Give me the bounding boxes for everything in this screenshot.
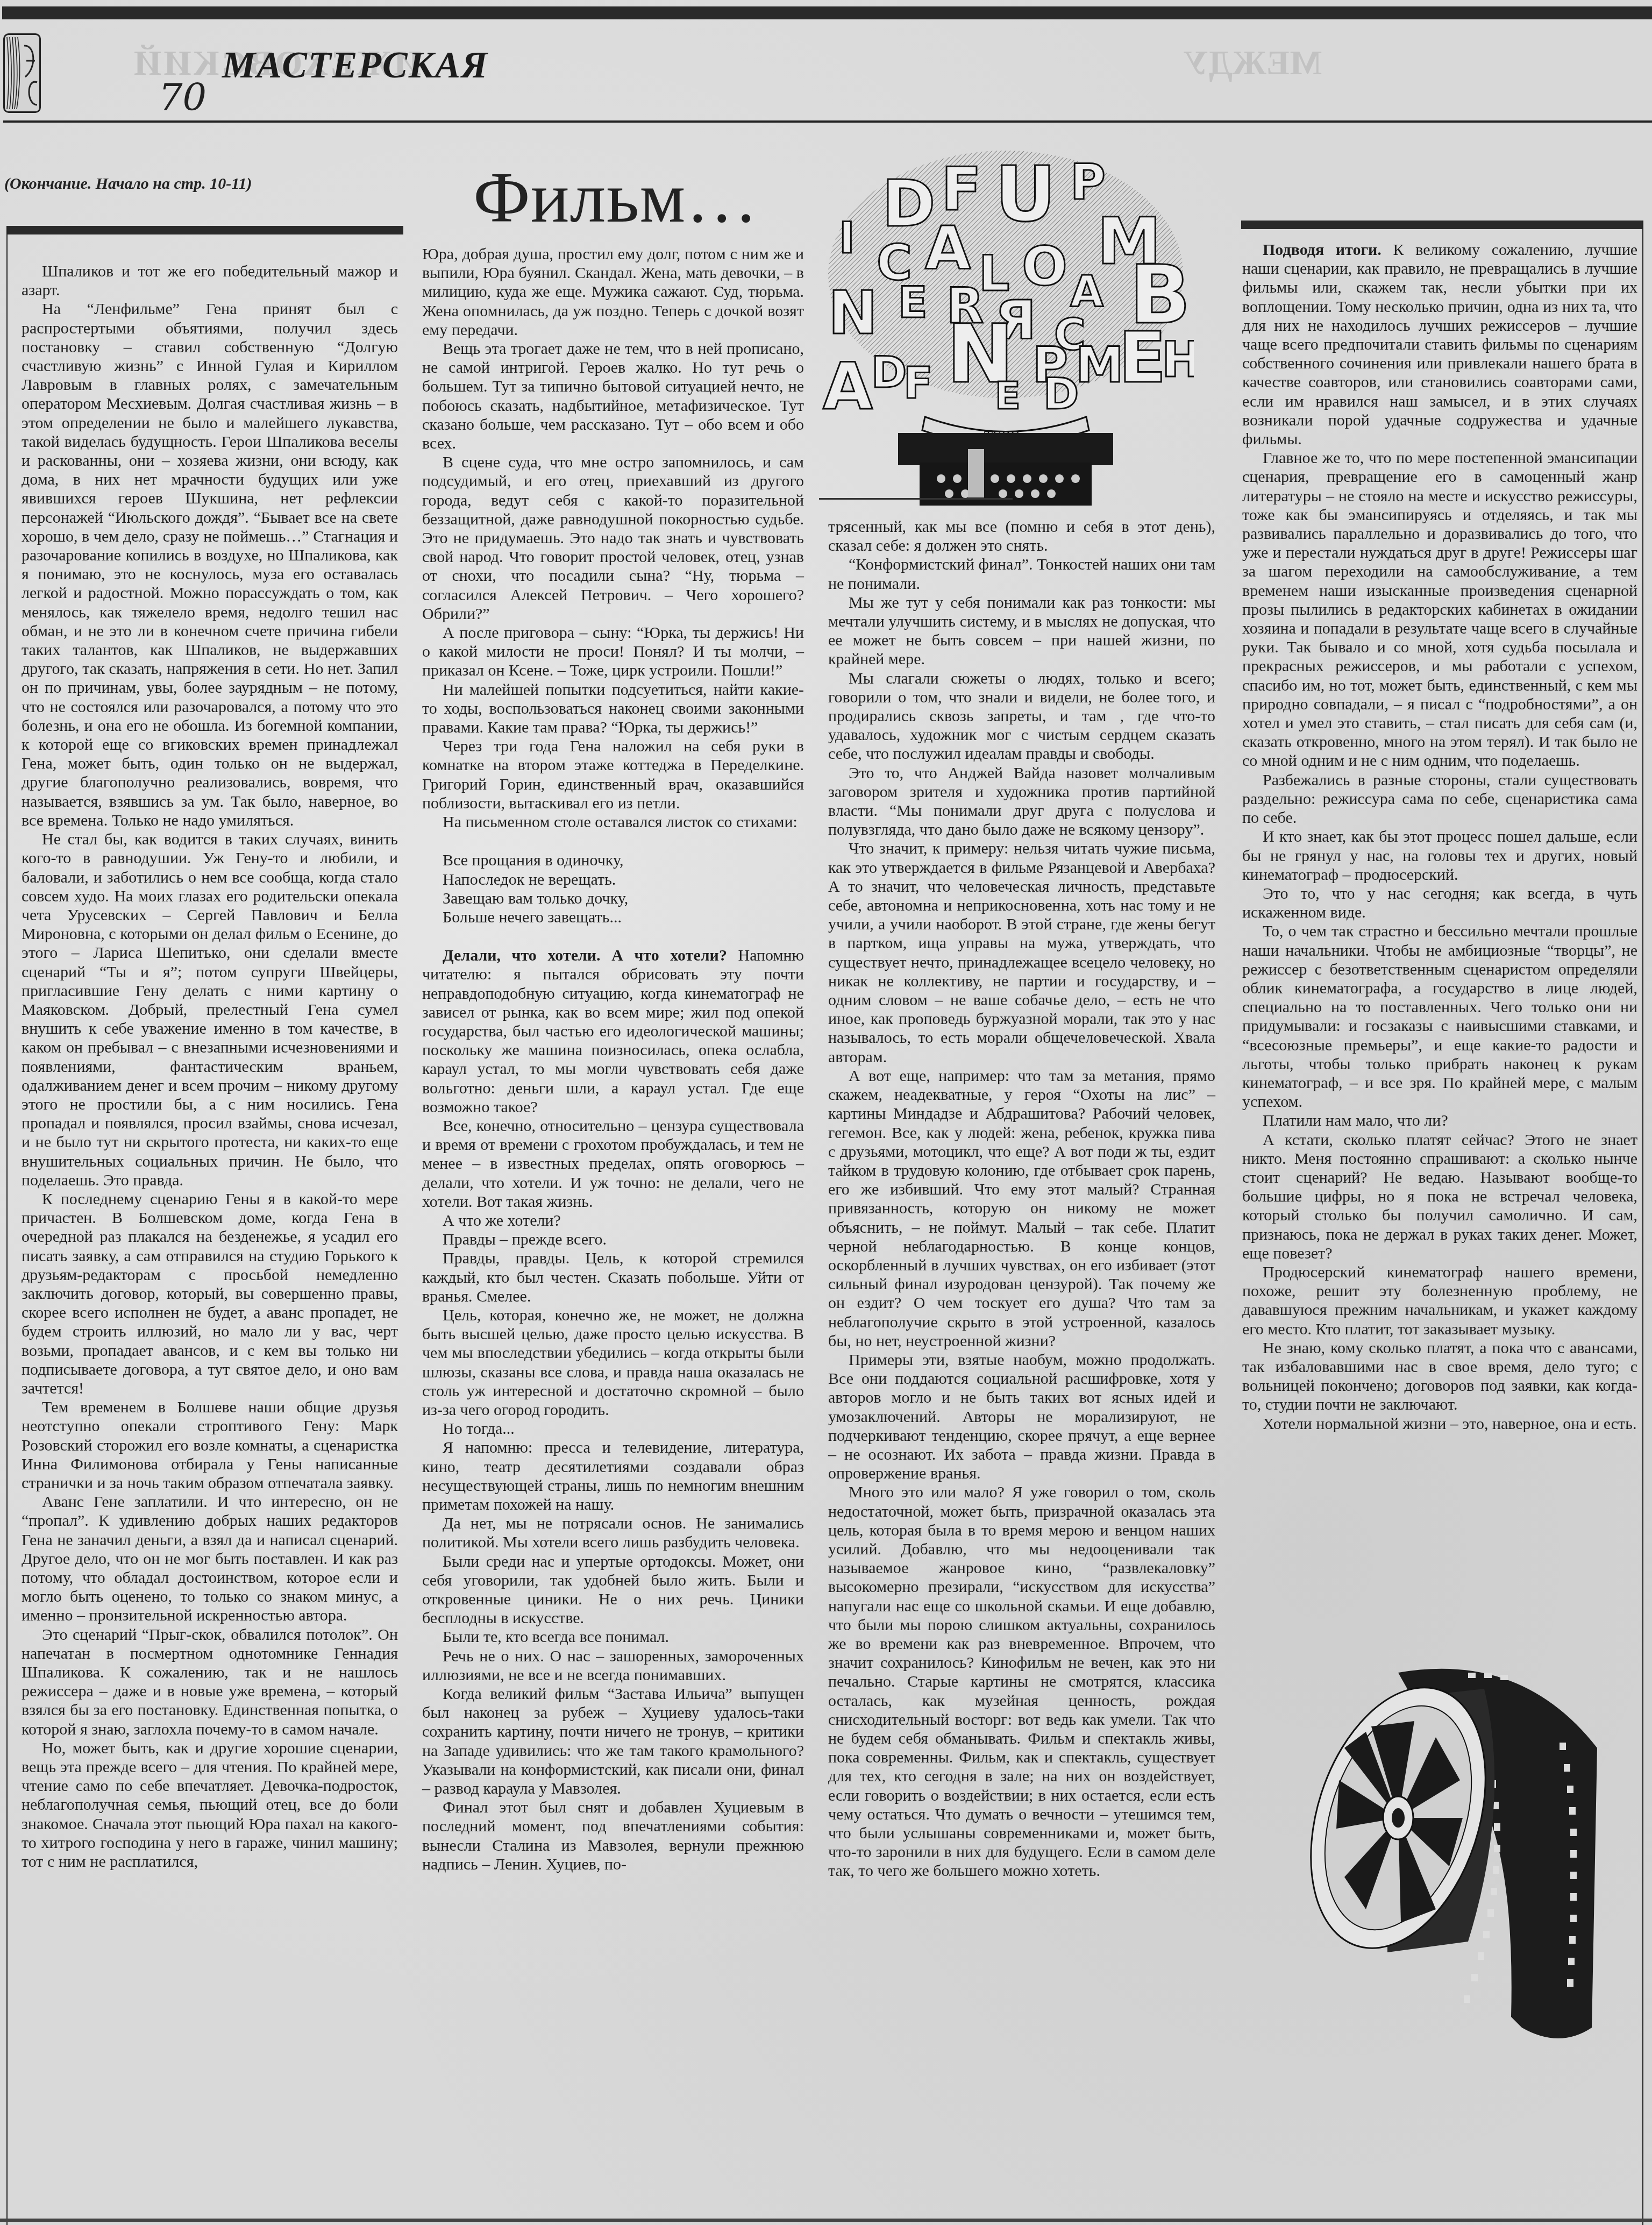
paragraph: трясенный, как мы все (помню и себя в эт… (828, 517, 1215, 555)
article-headline: Фильм… (473, 156, 758, 239)
illustration-underline (819, 498, 1013, 500)
paragraph: Аванс Гене заплатили. И что интересно, о… (22, 1492, 398, 1625)
subhead: Подводя итоги. (1263, 241, 1382, 259)
film-reel-illustration (1307, 1640, 1613, 2049)
paragraph: Но тогда... (422, 1419, 804, 1438)
paragraph-text: Напомню читателю: я пытался обрисовать э… (422, 947, 804, 1116)
paragraph: Продюсерский кинематограф нашего времени… (1242, 1263, 1637, 1339)
poem-line: Все прощания в одиночку, (443, 851, 804, 870)
paragraph: Тем временем в Болшеве наши общие друзья… (22, 1398, 398, 1492)
continuation-note: (Окончание. Начало на стр. 10-11) (4, 175, 252, 193)
paragraph: Шпаликов и тот же его победительный мажо… (22, 262, 398, 300)
paragraph: Мы слагали сюжеты о людях, только и всег… (828, 669, 1215, 764)
paragraph: И кто знает, как бы этот процесс пошел д… (1242, 827, 1637, 884)
paragraph: Были среди нас и упертые ортодоксы. Може… (422, 1552, 804, 1628)
svg-text:E: E (898, 278, 928, 328)
svg-text:F: F (941, 155, 981, 224)
paragraph: На “Ленфильме” Гена принят был с распрос… (22, 300, 398, 830)
bleed-through-text: МЕЖДУ (1183, 43, 1322, 83)
paragraph: Были те, кто всегда все понимал. (422, 1627, 804, 1646)
svg-text:A: A (925, 214, 971, 283)
paragraph-with-lead: Подводя итоги. К великому сожалению, луч… (1242, 240, 1637, 449)
paragraph: То, о чем так страстно и бессильно мечта… (1242, 922, 1637, 1111)
film-reel-icon (1307, 1640, 1613, 2049)
paragraph: Правды, правды. Цель, к которой стремилс… (422, 1249, 804, 1306)
section-title: МАСТЕРСКАЯ (222, 44, 488, 87)
paragraph: Что значит, к примеру: нельзя читать чуж… (828, 839, 1215, 1066)
top-rule (2, 6, 1652, 19)
paragraph-with-subhead: Делали, что хотели. А что хотели? Напомн… (422, 946, 804, 1117)
paragraph: Речь не о них. О нас – зашоренных, замор… (422, 1647, 804, 1684)
bottom-rule (0, 2219, 1652, 2222)
paragraph: Не стал бы, как водится в таких случаях,… (22, 830, 398, 1190)
right-box-rule (1241, 221, 1643, 229)
paragraph-text: К великому сожалению, лучшие наши сценар… (1242, 241, 1637, 448)
paragraph: Много это или мало? Я уже говорил о том,… (828, 1483, 1215, 1880)
left-box-border (6, 226, 8, 2225)
article-column-3: трясенный, как мы все (помню и себя в эт… (828, 517, 1215, 1881)
paragraph: Я напомню: пресса и телевидение, литерат… (422, 1438, 804, 1514)
svg-text:I: I (839, 213, 855, 263)
typewriter-icon: D F U P M I C A L O A B N E R Я C N P M … (817, 129, 1194, 506)
poem-line: Напоследок не верещать. (443, 870, 804, 889)
paragraph: Примеры эти, взятые наобум, можно продол… (828, 1350, 1215, 1483)
paragraph: На письменном столе оставался листок со … (422, 813, 804, 831)
paragraph: В сцене суда, что мне остро запомнилось,… (422, 453, 804, 623)
paragraph: Разбежались в разные стороны, стали суще… (1242, 771, 1637, 828)
svg-text:P: P (1070, 154, 1106, 211)
svg-text:D: D (871, 347, 907, 397)
publication-logo (3, 33, 41, 113)
paragraph: Это сценарий “Прыг-скок, обвалился потол… (22, 1625, 398, 1739)
paragraph: К последнему сценарию Гены я в какой-то … (22, 1190, 398, 1398)
curtain-logo-icon (5, 35, 39, 111)
paragraph: Да нет, мы не потрясали основ. Не занима… (422, 1514, 804, 1552)
paragraph: А что же хотели? (422, 1211, 804, 1230)
paragraph: Финал этот был снят и добавлен Хуциевым … (422, 1798, 804, 1874)
paragraph: “Конформистский финал”. Тонкостей наших … (828, 555, 1215, 593)
paragraph: Это то, что Анджей Вайда назовет молчали… (828, 764, 1215, 840)
svg-text:E: E (995, 374, 1021, 418)
article-column-2: Юра, добрая душа, простил ему долг, пото… (422, 245, 804, 1874)
paragraph: Цель, которая, конечно же, не может, не … (422, 1306, 804, 1419)
svg-text:D: D (1043, 369, 1079, 419)
paragraph: Не знаю, кому сколько платят, а пока что… (1242, 1339, 1637, 1414)
typewriter-letters-illustration: D F U P M I C A L O A B N E R Я C N P M … (817, 129, 1194, 506)
svg-text:U: U (995, 151, 1056, 239)
paragraph: Но, может быть, как и другие хорошие сце… (22, 1739, 398, 1871)
svg-text:E: E (1119, 317, 1166, 399)
article-column-4: Подводя итоги. К великому сожалению, луч… (1242, 240, 1637, 1433)
paragraph: А вот еще, например: что там за метания,… (828, 1067, 1215, 1350)
paragraph: Хотели нормальной жизни – это, наверное,… (1242, 1414, 1637, 1433)
svg-text:M: M (1076, 337, 1124, 394)
paragraph: Юра, добрая душа, простил ему долг, пото… (422, 245, 804, 339)
paragraph: Через три года Гена наложил на себя руки… (422, 737, 804, 813)
paragraph: Главное же то, что по мере постепенной э… (1242, 449, 1637, 770)
poem: Все прощания в одиночку, Напоследок не в… (443, 851, 804, 927)
right-box-border (1642, 221, 1643, 2225)
paragraph: Когда великий фильм “Застава Ильича” вып… (422, 1684, 804, 1798)
paragraph: Правды – прежде всего. (422, 1230, 804, 1249)
paragraph: Вещь эта трогает даже не тем, что в ней … (422, 339, 804, 453)
svg-text:A: A (823, 350, 873, 424)
handwritten-page-number: 70 (159, 75, 206, 119)
svg-text:N: N (828, 279, 878, 347)
paragraph: Ни малейшей попытки подсуетиться, найти … (422, 680, 804, 737)
article-column-1: Шпаликов и тот же его победительный мажо… (22, 262, 398, 1871)
header-rule (3, 120, 1652, 123)
poem-line: Завещаю вам только дочку, (443, 889, 804, 908)
svg-text:F: F (903, 358, 933, 408)
paragraph: А кстати, сколько платят сейчас? Этого н… (1242, 1131, 1637, 1263)
poem-line: Больше нечего завещать... (443, 908, 804, 927)
paragraph: Это то, что у нас сегодня; как всегда, в… (1242, 884, 1637, 922)
paragraph: Платили нам мало, что ли? (1242, 1111, 1637, 1130)
svg-text:H: H (1162, 332, 1194, 388)
paragraph: А после приговора – сыну: “Юрка, ты держ… (422, 623, 804, 680)
subhead: Делали, что хотели. А что хотели? (443, 947, 727, 964)
left-box-rule (6, 226, 403, 234)
paragraph: Все, конечно, относительно – цензура сущ… (422, 1117, 804, 1211)
paragraph: Мы же тут у себя понимали как раз тонкос… (828, 593, 1215, 669)
